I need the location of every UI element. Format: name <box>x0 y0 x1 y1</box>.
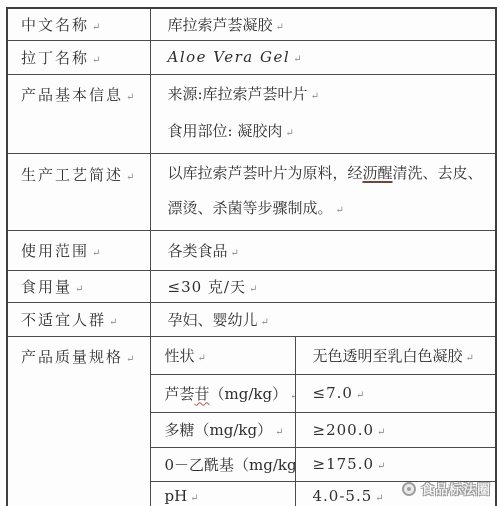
row-unsuitable-groups: 不适宜人群↵ 孕妇、婴幼儿↵ <box>7 302 496 336</box>
usage-scope-label: 使用范围 <box>21 242 89 260</box>
o-acetyl-value-cell: ≥175.0↵ <box>295 447 496 481</box>
paragraph-mark: ↵ <box>377 427 385 438</box>
appearance-param-cell: 性状↵ <box>150 336 295 374</box>
aloin-value: ≤7.0 <box>313 384 353 402</box>
paragraph-mark: ↵ <box>109 317 117 328</box>
paragraph-mark: ↵ <box>126 92 134 103</box>
row-chinese-name: 中文名称↵ 库拉索芦荟凝胶↵ <box>7 8 496 40</box>
paragraph-mark: ↵ <box>276 22 284 33</box>
paragraph-mark: ↵ <box>198 353 206 364</box>
paragraph-mark: ↵ <box>126 354 134 365</box>
process-value-cell: 以库拉索芦荟叶片为原料，经沥醒清洗、去皮、 漂烫、杀菌等步骤制成。↵ <box>150 153 496 230</box>
usage-scope-value: 各类食品 <box>168 242 228 260</box>
ph-value: 4.0-5.5 <box>313 487 373 505</box>
intake-value-cell: ≤30 克/天↵ <box>150 270 496 302</box>
row-spec-appearance: 产品质量规格↵ 性状↵ 无色透明至乳白色凝胶↵ <box>7 336 496 374</box>
latin-name-label-cell: 拉丁名称↵ <box>7 40 150 74</box>
unsuitable-groups-label-cell: 不适宜人群↵ <box>7 302 150 336</box>
intake-label-cell: 食用量↵ <box>7 270 150 302</box>
aloin-param-pre: 芦荟 <box>165 385 195 403</box>
paragraph-mark: ↵ <box>336 205 344 216</box>
paragraph-mark: ↵ <box>356 390 364 401</box>
paragraph-mark: ↵ <box>231 248 239 259</box>
latin-name-value-cell: Aloe Vera Gel↵ <box>150 40 496 74</box>
aloin-param-cell: 芦荟苷（mg/kg）↵ <box>150 374 295 412</box>
appearance-value-cell: 无色透明至乳白色凝胶↵ <box>295 336 496 374</box>
paragraph-mark: ↵ <box>285 128 293 139</box>
polysaccharide-value: ≥200.0 <box>313 421 375 439</box>
row-process: 生产工艺简述↵ 以库拉索芦荟叶片为原料，经沥醒清洗、去皮、 漂烫、杀菌等步骤制成… <box>7 153 496 230</box>
quality-spec-label: 产品质量规格 <box>21 348 123 366</box>
o-acetyl-param: 0－乙酰基（mg/kg） <box>165 456 296 474</box>
polysaccharide-param: 多糖（mg/kg） <box>165 421 273 439</box>
watermark: 食品标法圈 <box>402 479 491 498</box>
paragraph-mark: ↵ <box>377 461 385 472</box>
latin-name-value: Aloe Vera Gel <box>168 48 291 66</box>
row-latin-name: 拉丁名称↵ Aloe Vera Gel↵ <box>7 40 496 74</box>
quality-spec-label-cell: 产品质量规格↵ <box>7 336 150 506</box>
intake-value: ≤30 克/天 <box>168 278 246 296</box>
unsuitable-groups-value: 孕妇、婴幼儿 <box>168 311 258 329</box>
polysaccharide-value-cell: ≥200.0↵ <box>295 412 496 447</box>
chinese-name-value: 库拉索芦荟凝胶 <box>168 16 273 34</box>
appearance-param: 性状 <box>165 347 195 365</box>
aloin-param-unit: （mg/kg） <box>210 385 288 403</box>
paragraph-mark: ↵ <box>126 172 134 183</box>
paragraph-mark: ↵ <box>92 55 100 66</box>
process-label: 生产工艺简述 <box>21 166 123 184</box>
basic-info-label: 产品基本信息 <box>21 86 123 104</box>
basic-info-value-cell: 来源:库拉索芦荟叶片↵ 食用部位: 凝胶肉↵ <box>150 74 496 153</box>
chinese-name-label-cell: 中文名称↵ <box>7 8 150 40</box>
paragraph-mark: ↵ <box>466 353 474 364</box>
paragraph-mark: ↵ <box>375 493 383 504</box>
process-text-part1: 以库拉索芦荟叶片为原料，经 <box>168 164 363 182</box>
chinese-name-label: 中文名称 <box>21 16 89 34</box>
aloin-param-underlined: 苷 <box>195 385 210 403</box>
product-spec-table: 中文名称↵ 库拉索芦荟凝胶↵ 拉丁名称↵ Aloe Vera Gel↵ 产品基本… <box>6 7 497 506</box>
paragraph-mark: ↵ <box>261 317 269 328</box>
row-intake: 食用量↵ ≤30 克/天↵ <box>7 270 496 302</box>
paragraph-mark: ↵ <box>249 284 257 295</box>
chinese-name-value-cell: 库拉索芦荟凝胶↵ <box>150 8 496 40</box>
process-label-cell: 生产工艺简述↵ <box>7 153 150 230</box>
ph-param-cell: pH↵ <box>150 481 295 506</box>
paragraph-mark: ↵ <box>290 391 295 402</box>
polysaccharide-param-cell: 多糖（mg/kg）↵ <box>150 412 295 447</box>
paragraph-mark: ↵ <box>92 22 100 33</box>
appearance-value: 无色透明至乳白色凝胶 <box>313 347 463 365</box>
paragraph-mark: ↵ <box>293 54 301 65</box>
usage-scope-value-cell: 各类食品↵ <box>150 230 496 270</box>
process-text-line2: 漂烫、杀菌等步骤制成。 <box>168 199 333 217</box>
ph-param: pH <box>165 487 188 505</box>
o-acetyl-param-cell: 0－乙酰基（mg/kg）↵ <box>150 447 295 481</box>
basic-info-source: 来源:库拉索芦荟叶片 <box>168 85 308 103</box>
unsuitable-groups-label: 不适宜人群 <box>21 311 106 329</box>
row-usage-scope: 使用范围↵ 各类食品↵ <box>7 230 496 270</box>
paragraph-mark: ↵ <box>92 248 100 259</box>
aloin-value-cell: ≤7.0↵ <box>295 374 496 412</box>
basic-info-label-cell: 产品基本信息↵ <box>7 74 150 153</box>
watermark-text: 食品标法圈 <box>421 479 491 498</box>
paragraph-mark: ↵ <box>311 91 319 102</box>
process-text-part2: 清洗、去皮、 <box>393 164 483 182</box>
watermark-logo-icon <box>402 482 416 496</box>
o-acetyl-value: ≥175.0 <box>313 455 375 473</box>
row-basic-info: 产品基本信息↵ 来源:库拉索芦荟叶片↵ 食用部位: 凝胶肉↵ <box>7 74 496 153</box>
unsuitable-groups-value-cell: 孕妇、婴幼儿↵ <box>150 302 496 336</box>
usage-scope-label-cell: 使用范围↵ <box>7 230 150 270</box>
intake-label: 食用量 <box>21 278 72 296</box>
document-page: 中文名称↵ 库拉索芦荟凝胶↵ 拉丁名称↵ Aloe Vera Gel↵ 产品基本… <box>0 0 500 506</box>
process-text-underlined: 沥醒 <box>363 164 393 182</box>
latin-name-label: 拉丁名称 <box>21 49 89 67</box>
paragraph-mark: ↵ <box>190 493 198 504</box>
paragraph-mark: ↵ <box>275 427 283 438</box>
paragraph-mark: ↵ <box>75 284 83 295</box>
basic-info-edible-part: 食用部位: 凝胶肉 <box>168 122 283 140</box>
